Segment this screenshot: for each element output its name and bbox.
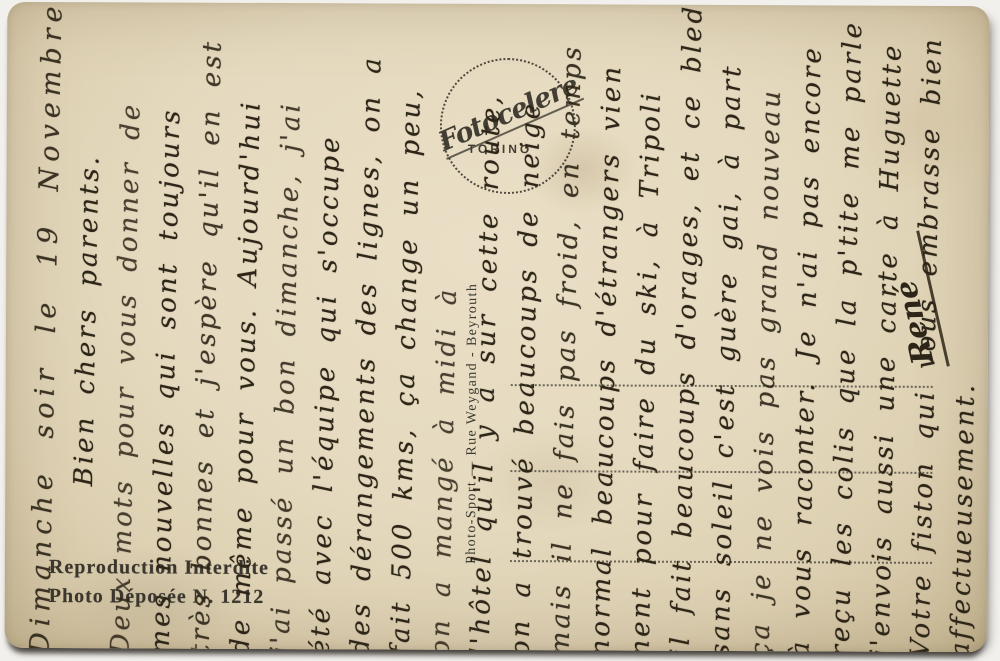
postcard: Photo-Sport — Rue Weygand - Beyrouth Rep… [5,2,990,652]
handwritten-message: Dimanche soir le 19 NovembreBien chers p… [21,6,984,652]
message-lines: Dimanche soir le 19 NovembreBien chers p… [21,6,984,652]
